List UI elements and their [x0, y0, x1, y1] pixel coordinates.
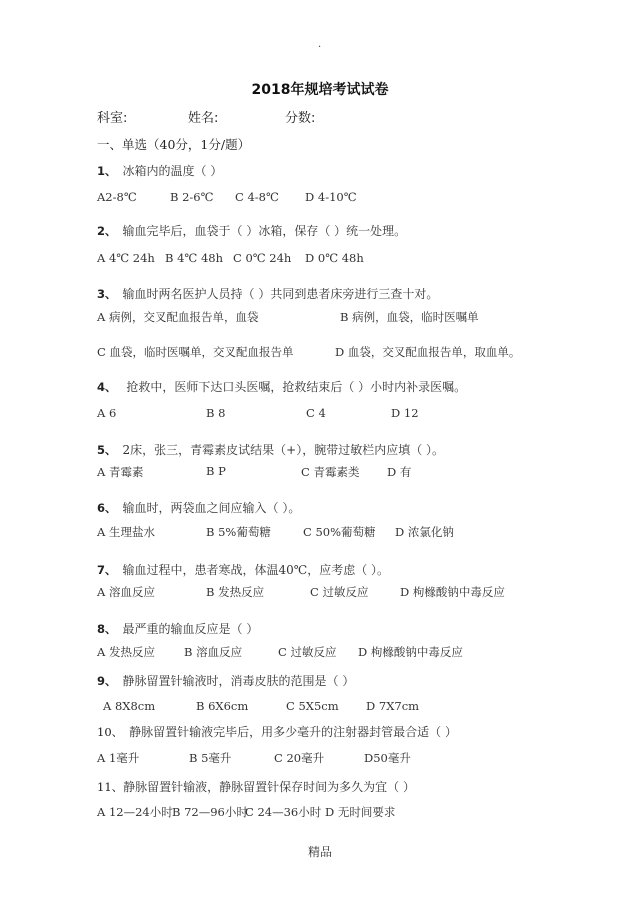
option-a: A 病例，交叉配血报告单，血袋	[97, 309, 258, 325]
question-text: 2床，张三，青霉素皮试结果（+），腕带过敏栏内应填（ ）。	[123, 443, 445, 457]
question-number: 10、	[97, 725, 123, 739]
option-c: C 过敏反应	[310, 584, 368, 600]
option-d: D 有	[387, 464, 411, 480]
question-text: 静脉留置针输液，静脉留置针保存时间为多久为宜（ ）	[123, 780, 415, 794]
option-c: C 4-8℃	[235, 190, 279, 204]
question-number: 5、	[97, 443, 117, 457]
page-footer: 精品	[308, 843, 332, 860]
question-text: 输血完毕后，血袋于（ ）冰箱，保存（ ）统一处理。	[123, 224, 407, 238]
question-text: 输血过程中，患者寒战，体温40℃，应考虑（ ）。	[123, 563, 390, 577]
option-c: C 5X5cm	[286, 699, 339, 713]
section-heading: 一、单选（40分，1分/题）	[97, 135, 250, 153]
option-b: B 5%葡萄糖	[206, 524, 271, 540]
option-b: B 病例，血袋，临时医嘱单	[340, 309, 479, 325]
name-field-label: 姓名:	[188, 107, 218, 126]
option-c: C 4	[306, 406, 326, 420]
option-b: B 发热反应	[206, 584, 264, 600]
question-text: 静脉留置针输液完毕后，用多少毫升的注射器封管最合适（ ）	[129, 725, 457, 739]
option-c: C 0℃ 24h	[233, 251, 291, 265]
option-a: A 6	[97, 406, 116, 420]
option-d: D 无时间要求	[325, 804, 395, 820]
option-a: A 4℃ 24h	[97, 251, 155, 265]
option-d: D 4-10℃	[305, 190, 357, 204]
option-c: C 过敏反应	[278, 644, 336, 660]
option-d: D 12	[391, 406, 419, 420]
option-b: B 8	[206, 406, 225, 420]
question-stem: 9、静脉留置针输液时，消毒皮肤的范围是（ ）	[97, 672, 354, 689]
header-mark: ·	[318, 42, 321, 53]
option-b: B 4℃ 48h	[165, 251, 223, 265]
option-c: C 50%葡萄糖	[303, 524, 376, 540]
option-c: C 青霉素类	[301, 464, 359, 480]
option-a: A 8X8cm	[103, 699, 155, 713]
question-number: 9、	[97, 674, 117, 688]
question-text: 抢救中，医师下达口头医嘱，抢救结束后（ ）小时内补录医嘱。	[123, 380, 467, 394]
option-d: D 浓氯化钠	[395, 524, 454, 540]
question-number: 8、	[97, 622, 117, 636]
question-stem: 8、最严重的输血反应是（ ）	[97, 620, 258, 637]
question-number: 4、	[97, 380, 117, 394]
option-d: D50毫升	[364, 750, 411, 766]
option-c: C 20毫升	[274, 750, 324, 766]
question-number: 1、	[97, 164, 117, 178]
option-b: B 72—96小时	[172, 804, 248, 820]
option-d: D 0℃ 48h	[305, 251, 364, 265]
option-b: B 6X6cm	[196, 699, 248, 713]
department-field-label: 科室:	[97, 107, 127, 126]
option-a: A 青霉素	[97, 464, 143, 480]
question-stem: 5、2床，张三，青霉素皮试结果（+），腕带过敏栏内应填（ ）。	[97, 441, 444, 458]
question-text: 冰箱内的温度（ ）	[123, 164, 223, 178]
option-b: B 溶血反应	[184, 644, 242, 660]
option-a: A 12—24小时	[97, 804, 173, 820]
question-stem: 4、 抢救中，医师下达口头医嘱，抢救结束后（ ）小时内补录医嘱。	[97, 378, 466, 395]
question-stem: 3、输血时两名医护人员持（ ）共同到患者床旁进行三查十对。	[97, 285, 438, 302]
option-b: B 5毫升	[189, 750, 231, 766]
option-d: D 枸橼酸钠中毒反应	[358, 644, 463, 660]
option-d: D 7X7cm	[366, 699, 419, 713]
option-a: A 溶血反应	[97, 584, 155, 600]
question-number: 7、	[97, 563, 117, 577]
question-stem: 1、冰箱内的温度（ ）	[97, 162, 222, 179]
page-title: 2018年规培考试试卷	[252, 79, 389, 99]
question-text: 最严重的输血反应是（ ）	[123, 622, 259, 636]
question-stem: 2、输血完毕后，血袋于（ ）冰箱，保存（ ）统一处理。	[97, 222, 406, 239]
question-number: 3、	[97, 287, 117, 301]
question-number: 11、	[97, 780, 123, 794]
option-a: A 生理盐水	[97, 524, 155, 540]
score-field-label: 分数:	[285, 107, 315, 126]
question-stem: 10、静脉留置针输液完毕后，用多少毫升的注射器封管最合适（ ）	[97, 723, 457, 740]
option-d: D 血袋，交叉配血报告单，取血单。	[335, 344, 520, 360]
option-d: D 枸橼酸钠中毒反应	[400, 584, 505, 600]
question-number: 6、	[97, 501, 117, 515]
option-b: B P	[206, 464, 226, 478]
option-c: C 血袋，临时医嘱单，交叉配血报告单	[97, 344, 293, 360]
question-stem: 7、输血过程中，患者寒战，体温40℃，应考虑（ ）。	[97, 561, 389, 578]
question-stem: 11、静脉留置针输液，静脉留置针保存时间为多久为宜（ ）	[97, 778, 415, 795]
question-text: 输血时，两袋血之间应输入（ ）。	[123, 501, 301, 515]
option-a: A2-8℃	[97, 190, 137, 204]
option-b: B 2-6℃	[170, 190, 214, 204]
question-stem: 6、输血时，两袋血之间应输入（ ）。	[97, 499, 300, 516]
question-number: 2、	[97, 224, 117, 238]
option-a: A 1毫升	[97, 750, 139, 766]
question-text: 静脉留置针输液时，消毒皮肤的范围是（ ）	[123, 674, 355, 688]
option-a: A 发热反应	[97, 644, 155, 660]
question-text: 输血时两名医护人员持（ ）共同到患者床旁进行三查十对。	[123, 287, 439, 301]
option-c: C 24—36小时	[245, 804, 321, 820]
